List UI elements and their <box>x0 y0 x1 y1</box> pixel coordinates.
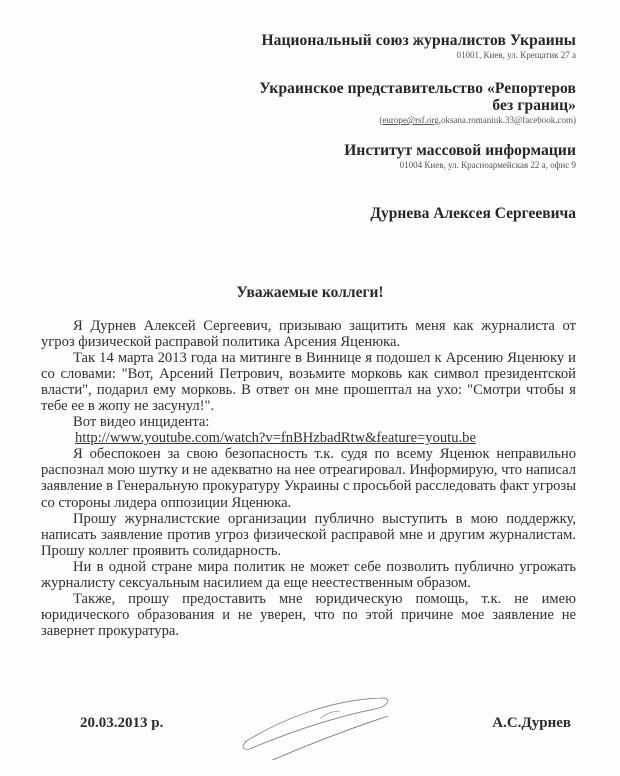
recipient-nsju: Национальный союз журналистов Украины 01… <box>261 32 576 61</box>
recipient-address: 01001, Киев, ул. Крещатик 27 а <box>261 50 576 61</box>
video-link[interactable]: http://www.youtube.com/watch?v=fnBHzbadR… <box>41 430 576 446</box>
recipient-contact: (europe@rsf.org,oksana.romaniuk.33@faceb… <box>259 115 576 126</box>
contact-email-link[interactable]: europe@rsf.org <box>382 115 438 125</box>
paragraph-request-support: Прошу журналистские организации публично… <box>41 511 576 559</box>
letter-page: Национальный союз журналистов Украины 01… <box>0 0 620 776</box>
letter-body: Я Дурнев Алексей Сергеевич, призываю защ… <box>41 318 576 639</box>
recipient-rsf: Украинское представительство «Репортеров… <box>259 80 576 126</box>
recipient-name-line2: без границ» <box>259 97 576 114</box>
recipient-address: 01004 Киев, ул. Красноармейская 22 а, оф… <box>344 160 576 171</box>
letter-date: 20.03.2013 р. <box>80 715 163 732</box>
contact-facebook-name: oksana.romaniuk.33@facebook.com <box>441 115 573 125</box>
paragraph-incident: Так 14 марта 2013 года на митинге в Винн… <box>41 350 576 414</box>
recipient-name: Институт массовой информации <box>344 142 576 159</box>
contact-close: ) <box>573 115 576 125</box>
paragraph-no-country: Ни в одной стране мира политик не может … <box>41 559 576 591</box>
recipient-name-line1: Украинское представительство «Репортеров <box>259 80 576 97</box>
recipient-name: Национальный союз журналистов Украины <box>261 32 576 49</box>
signed-name: А.С.Дурнев <box>492 715 571 732</box>
paragraph-safety: Я обеспокоен за свою безопасность т.к. с… <box>41 446 576 510</box>
sender-name: Дурнева Алексея Сергеевича <box>370 205 576 223</box>
paragraph-appeal: Я Дурнев Алексей Сергеевич, призываю защ… <box>41 318 576 350</box>
signature-icon <box>240 690 390 760</box>
recipient-imi: Институт массовой информации 01004 Киев,… <box>344 142 576 171</box>
greeting-heading: Уважаемые коллеги! <box>0 284 620 302</box>
paragraph-video-intro: Вот видео инцидента: <box>41 414 576 430</box>
paragraph-legal-help: Также, прошу предоставить мне юридическу… <box>41 591 576 639</box>
